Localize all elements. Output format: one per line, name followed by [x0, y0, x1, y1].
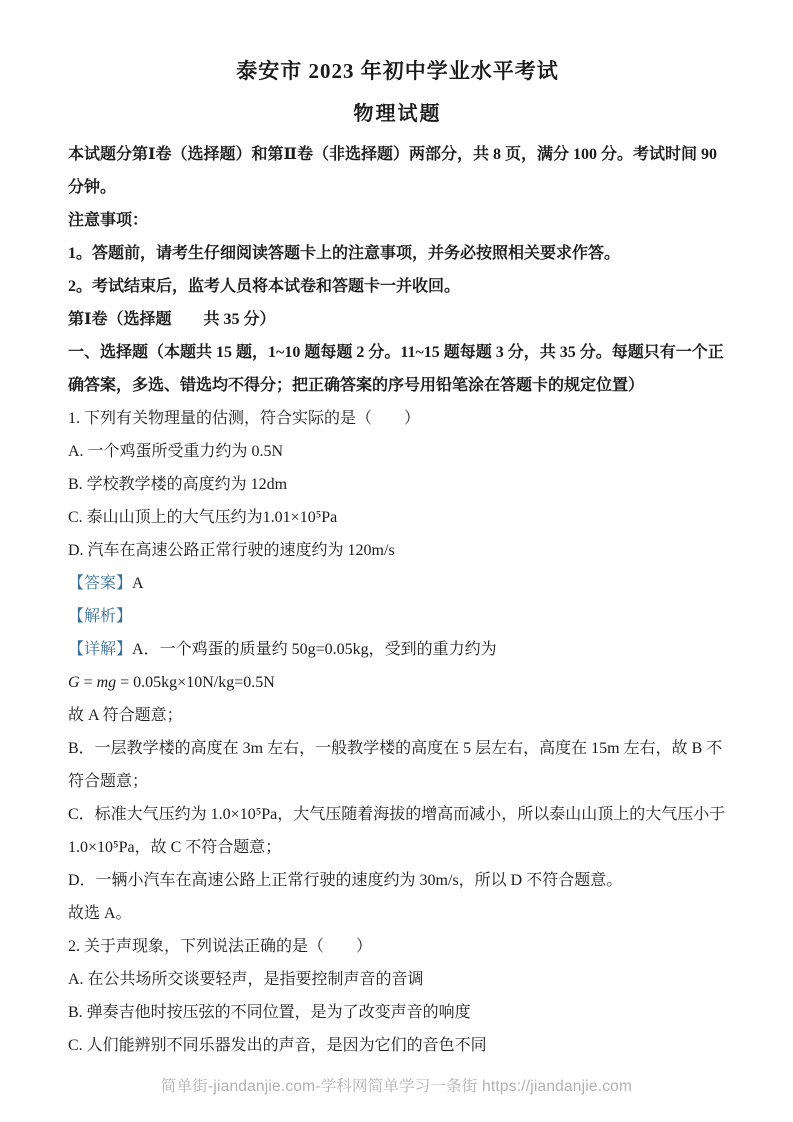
- section1-instructions: 一、选择题（本题共 15 题，1~10 题每题 2 分。11~15 题每题 3 …: [68, 336, 727, 402]
- question-2-option-b: B. 弹奏吉他时按压弦的不同位置，是为了改变声音的响度: [68, 996, 727, 1029]
- question-2-option-a: A. 在公共场所交谈要轻声，是指要控制声音的音调: [68, 963, 727, 996]
- question-1-analysis-line: 【解析】: [68, 600, 727, 633]
- question-1-stem: 1. 下列有关物理量的估测，符合实际的是（ ）: [68, 402, 727, 435]
- formula-result: = 0.05kg×10N/kg=0.5N: [116, 674, 275, 691]
- explanation-d: D．一辆小汽车在高速公路上正常行驶的速度约为 30m/s，所以 D 不符合题意。: [68, 864, 727, 897]
- part1-heading: 第Ⅰ卷（选择题 共 35 分）: [68, 303, 727, 336]
- exam-intro: 本试题分第Ⅰ卷（选择题）和第Ⅱ卷（非选择题）两部分，共 8 页，满分 100 分…: [68, 138, 727, 204]
- detail-label: 【详解】: [68, 641, 132, 658]
- formula-variable-mg: mg: [97, 674, 117, 691]
- question-1-answer-line: 【答案】A: [68, 567, 727, 600]
- notice-item-2: 2。考试结束后，监考人员将本试卷和答题卡一并收回。: [68, 270, 727, 303]
- detail-text: A．一个鸡蛋的质量约 50g=0.05kg，受到的重力约为: [132, 641, 497, 658]
- notice-heading: 注意事项：: [68, 204, 727, 237]
- gravity-formula: G = mg = 0.05kg×10N/kg=0.5N: [68, 666, 727, 699]
- question-2-stem: 2. 关于声现象，下列说法正确的是（ ）: [68, 930, 727, 963]
- explanation-c: C．标准大气压约为 1.0×10⁵Pa，大气压随着海拔的增高而减小，所以泰山山顶…: [68, 798, 727, 864]
- exam-subtitle: 物理试题: [68, 100, 727, 128]
- answer-value: A: [132, 575, 144, 592]
- explanation-conclusion: 故选 A。: [68, 897, 727, 930]
- question-1-option-a: A. 一个鸡蛋所受重力约为 0.5N: [68, 435, 727, 468]
- analysis-label: 【解析】: [68, 608, 132, 625]
- question-1-option-d: D. 汽车在高速公路正常行驶的速度约为 120m/s: [68, 534, 727, 567]
- explanation-b: B．一层教学楼的高度在 3m 左右，一般教学楼的高度在 5 层左右，高度在 15…: [68, 732, 727, 798]
- exam-document-page: 泰安市 2023 年初中学业水平考试 物理试题 本试题分第Ⅰ卷（选择题）和第Ⅱ卷…: [0, 0, 793, 1062]
- explanation-a: 故 A 符合题意；: [68, 699, 727, 732]
- formula-variable-g: G: [68, 674, 80, 691]
- question-1-detail-line: 【详解】A．一个鸡蛋的质量约 50g=0.05kg，受到的重力约为: [68, 633, 727, 666]
- formula-equals-1: =: [80, 674, 97, 691]
- question-1-option-c: C. 泰山山顶上的大气压约为1.01×10⁵Pa: [68, 501, 727, 534]
- exam-title: 泰安市 2023 年初中学业水平考试: [68, 56, 727, 86]
- question-1-option-b: B. 学校教学楼的高度约为 12dm: [68, 468, 727, 501]
- question-2-option-c: C. 人们能辨别不同乐器发出的声音，是因为它们的音色不同: [68, 1029, 727, 1062]
- answer-label: 【答案】: [68, 575, 132, 592]
- notice-item-1: 1。答题前，请考生仔细阅读答题卡上的注意事项，并务必按照相关要求作答。: [68, 237, 727, 270]
- site-watermark: 简单街-jiandanjie.com-学科网简单学习一条街 https://ji…: [0, 1074, 793, 1096]
